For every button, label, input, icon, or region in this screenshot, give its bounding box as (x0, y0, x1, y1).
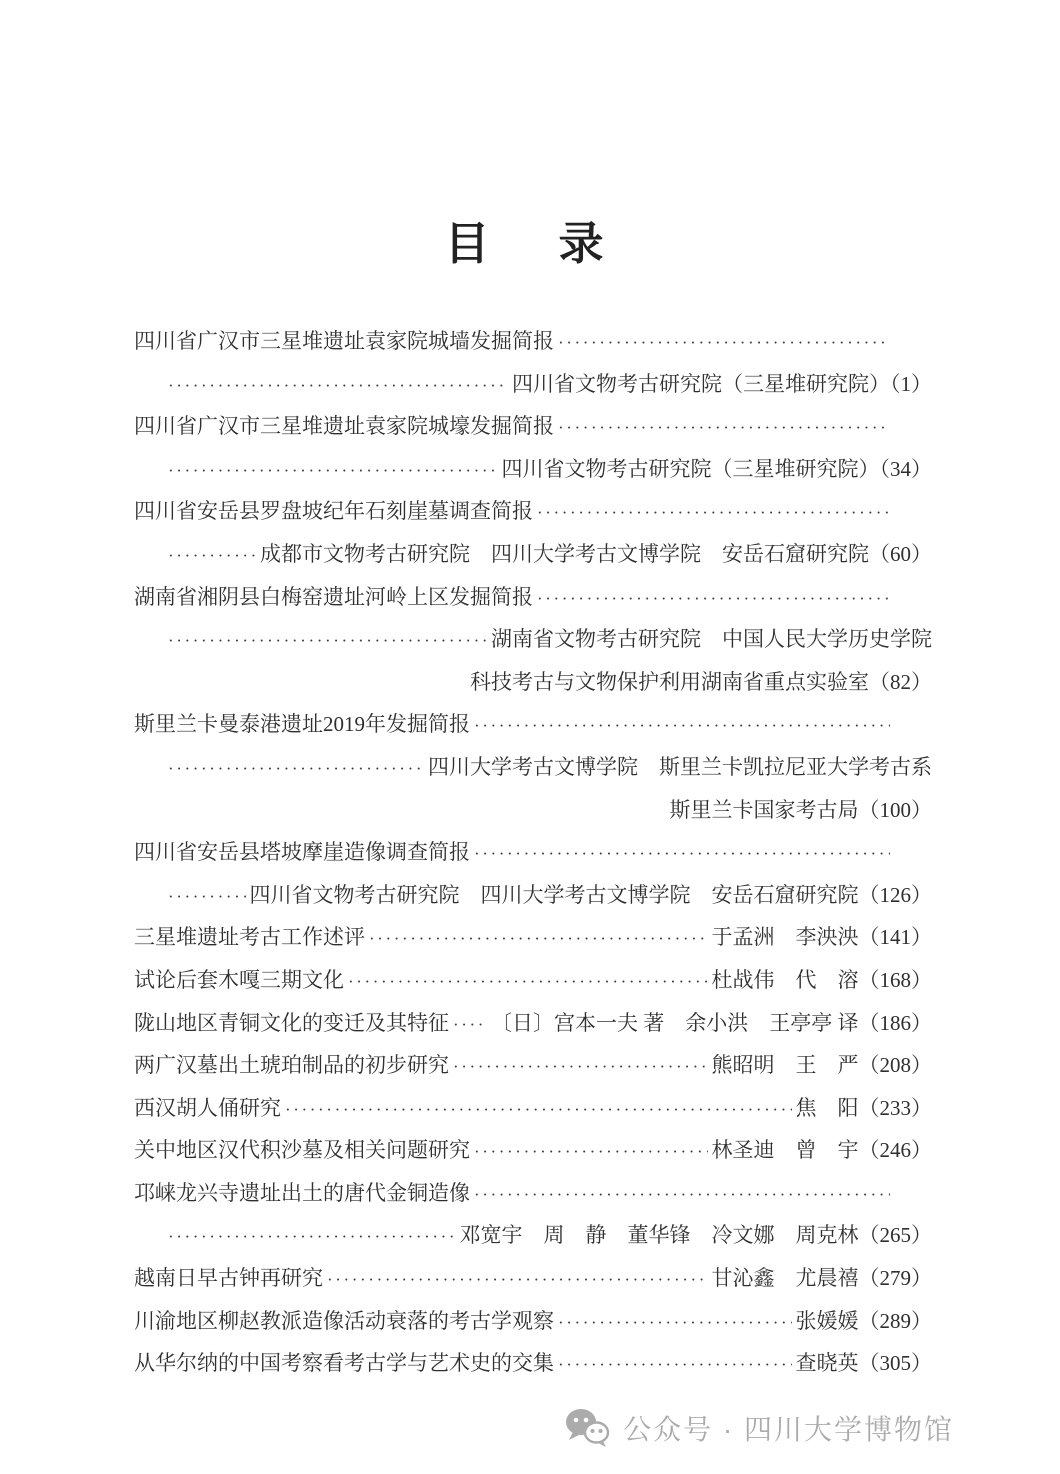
dot-leader (168, 363, 508, 408)
toc-line: 四川省文物考古研究院（三星堆研究院）（1） (134, 363, 932, 406)
entry-authors-page: 于孟洲 李泱泱（141） (712, 916, 933, 959)
entry-title: 从华尔纳的中国考察看考古学与艺术史的交集 (134, 1342, 554, 1385)
toc-line: 成都市文物考古研究院 四川大学考古文博学院 安岳石窟研究院（60） (134, 533, 932, 576)
toc-line: 斯里兰卡国家考古局（100） (134, 789, 932, 832)
entry-title: 西汉胡人俑研究 (134, 1087, 281, 1130)
entry-authors-page: 杜战伟 代 溶（168） (712, 959, 933, 1002)
entry-title: 川渝地区柳赵教派造像活动衰落的考古学观察 (134, 1300, 554, 1343)
dot-leader (453, 1002, 487, 1047)
toc-line: 西汉胡人俑研究焦 阳（233） (134, 1087, 932, 1130)
entry-authors-page: 湖南省文物考古研究院 中国人民大学历史学院 (491, 618, 932, 661)
entry-title: 斯里兰卡曼泰港遗址2019年发掘简报 (134, 703, 470, 746)
dot-leader (558, 1342, 792, 1387)
toc-line: 两广汉墓出土琥珀制品的初步研究熊昭明 王 严（208） (134, 1044, 932, 1087)
toc-line: 四川省广汉市三星堆遗址袁家院城壕发掘简报 (134, 405, 932, 448)
toc-line: 试论后套木嘎三期文化杜战伟 代 溶（168） (134, 959, 932, 1002)
entry-title: 四川省安岳县罗盘坡纪年石刻崖墓调查简报 (134, 490, 533, 533)
entry-title: 关中地区汉代积沙墓及相关问题研究 (134, 1129, 470, 1172)
entry-authors-page: 四川省文物考古研究院（三星堆研究院）（1） (512, 363, 932, 406)
entry-title: 四川省广汉市三星堆遗址袁家院城墙发掘简报 (134, 320, 554, 363)
toc-line: 四川省文物考古研究院（三星堆研究院）（34） (134, 448, 932, 491)
dot-leader (558, 1300, 792, 1345)
dot-leader (168, 874, 246, 919)
entry-authors-page: 成都市文物考古研究院 四川大学考古文博学院 安岳石窟研究院（60） (260, 533, 932, 576)
dot-leader (348, 959, 708, 1004)
entry-authors-page: 〔日〕宫本一夫 著 余小洪 王亭亭 译（186） (491, 1002, 932, 1045)
page-title: 目 录 (0, 220, 1060, 270)
dot-leader (168, 448, 498, 493)
entry-authors-page: 科技考古与文物保护利用湖南省重点实验室（82） (470, 661, 932, 704)
entry-authors-page: 查晓英（305） (796, 1342, 933, 1385)
toc-line: 从华尔纳的中国考察看考古学与艺术史的交集查晓英（305） (134, 1342, 932, 1385)
entry-title: 四川省安岳县塔坡摩崖造像调查简报 (134, 831, 470, 874)
toc-line: 邓宽宇 周 静 董华锋 冷文娜 周克林（265） (134, 1214, 932, 1257)
dot-leader (327, 1257, 708, 1302)
dot-leader (537, 490, 890, 535)
watermark-text: 公众号 · 四川大学博物馆 (623, 1408, 954, 1448)
wechat-icon (565, 1408, 611, 1448)
entry-title: 两广汉墓出土琥珀制品的初步研究 (134, 1044, 449, 1087)
dot-leader (558, 320, 890, 365)
entry-title: 邛崃龙兴寺遗址出土的唐代金铜造像 (134, 1172, 470, 1215)
dot-leader (168, 746, 424, 791)
entry-authors-page: 林圣迪 曾 宇（246） (712, 1129, 933, 1172)
toc-line: 关中地区汉代积沙墓及相关问题研究林圣迪 曾 宇（246） (134, 1129, 932, 1172)
entry-authors-page: 四川大学考古文博学院 斯里兰卡凯拉尼亚大学考古系 (428, 746, 932, 789)
dot-leader (474, 1172, 890, 1217)
entry-authors-page: 四川省文物考古研究院（三星堆研究院）（34） (502, 448, 933, 491)
entry-authors-page: 焦 阳（233） (796, 1087, 933, 1130)
toc-line: 四川大学考古文博学院 斯里兰卡凯拉尼亚大学考古系 (134, 746, 932, 789)
toc-line: 川渝地区柳赵教派造像活动衰落的考古学观察张媛媛（289） (134, 1300, 932, 1343)
toc-line: 四川省安岳县罗盘坡纪年石刻崖墓调查简报 (134, 490, 932, 533)
dot-leader (474, 831, 890, 876)
entry-title: 陇山地区青铜文化的变迁及其特征 (134, 1002, 449, 1045)
dot-leader (285, 1087, 792, 1132)
entry-authors-page: 张媛媛（289） (796, 1300, 933, 1343)
entry-authors-page: 甘沁鑫 尤晨禧（279） (712, 1257, 933, 1300)
toc-line: 四川省文物考古研究院 四川大学考古文博学院 安岳石窟研究院（126） (134, 874, 932, 917)
toc-line: 四川省安岳县塔坡摩崖造像调查简报 (134, 831, 932, 874)
dot-leader (168, 1214, 456, 1259)
dot-leader (537, 576, 890, 621)
entry-title: 四川省广汉市三星堆遗址袁家院城壕发掘简报 (134, 405, 554, 448)
toc-line: 三星堆遗址考古工作述评于孟洲 李泱泱（141） (134, 916, 932, 959)
toc-line: 陇山地区青铜文化的变迁及其特征〔日〕宫本一夫 著 余小洪 王亭亭 译（186） (134, 1002, 932, 1045)
toc-line: 四川省广汉市三星堆遗址袁家院城墙发掘简报 (134, 320, 932, 363)
entry-title: 三星堆遗址考古工作述评 (134, 916, 365, 959)
toc-line: 邛崃龙兴寺遗址出土的唐代金铜造像 (134, 1172, 932, 1215)
dot-leader (369, 916, 708, 961)
toc-list: 四川省广汉市三星堆遗址袁家院城墙发掘简报四川省文物考古研究院（三星堆研究院）（1… (134, 320, 932, 1385)
dot-leader (168, 533, 256, 578)
entry-authors-page: 四川省文物考古研究院 四川大学考古文博学院 安岳石窟研究院（126） (250, 874, 933, 917)
entry-authors-page: 熊昭明 王 严（208） (712, 1044, 933, 1087)
watermark: 公众号 · 四川大学博物馆 (565, 1408, 954, 1448)
toc-line: 斯里兰卡曼泰港遗址2019年发掘简报 (134, 703, 932, 746)
toc-line: 科技考古与文物保护利用湖南省重点实验室（82） (134, 661, 932, 704)
toc-line: 湖南省文物考古研究院 中国人民大学历史学院 (134, 618, 932, 661)
entry-title: 湖南省湘阴县白梅窑遗址河岭上区发掘简报 (134, 576, 533, 619)
dot-leader (474, 703, 890, 748)
dot-leader (474, 1129, 708, 1174)
entry-authors-page: 邓宽宇 周 静 董华锋 冷文娜 周克林（265） (460, 1214, 933, 1257)
dot-leader (558, 405, 890, 450)
entry-title: 越南日早古钟再研究 (134, 1257, 323, 1300)
dot-leader (453, 1044, 708, 1089)
dot-leader (168, 618, 487, 663)
toc-line: 越南日早古钟再研究甘沁鑫 尤晨禧（279） (134, 1257, 932, 1300)
entry-authors-page: 斯里兰卡国家考古局（100） (670, 789, 933, 832)
toc-line: 湖南省湘阴县白梅窑遗址河岭上区发掘简报 (134, 576, 932, 619)
entry-title: 试论后套木嘎三期文化 (134, 959, 344, 1002)
